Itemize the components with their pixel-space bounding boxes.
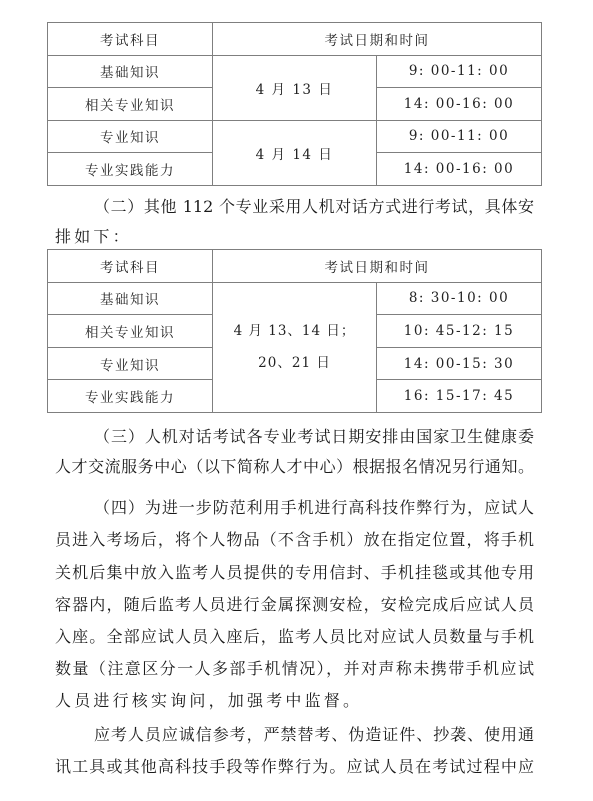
time-cell: 10: 45-12: 15 <box>377 315 542 348</box>
paragraph-line: 员进入考场后，将个人物品（不含手机）放在指定位置，将手机 <box>55 529 534 551</box>
paragraph-line: 入座。全部应试人员入座后，监考人员比对应试人员数量与手机 <box>55 626 534 648</box>
subject-cell: 基础知识 <box>48 55 213 88</box>
subject-cell: 专业实践能力 <box>48 153 213 186</box>
paragraph-line: （四）为进一步防范利用手机进行高科技作弊行为，应试人 <box>94 497 534 519</box>
exam-schedule-table-computer: 考试科目 考试日期和时间 基础知识 4 月 13、14 日； 20、21 日 8… <box>47 249 542 413</box>
time-cell: 9: 00-11: 00 <box>377 55 542 88</box>
time-cell: 14: 00-16: 00 <box>377 153 542 186</box>
subject-cell: 相关专业知识 <box>48 315 213 348</box>
header-date-time: 考试日期和时间 <box>213 250 542 283</box>
subject-cell: 专业知识 <box>48 347 213 380</box>
paragraph-line: 人才交流服务中心（以下简称人才中心）根据报名情况另行通知。 <box>55 456 534 478</box>
paragraph-line: 数量（注意区分一人多部手机情况），并对声称未携带手机应试 <box>55 658 534 680</box>
date-cell: 4 月 13 日 <box>213 55 377 120</box>
time-cell: 14: 00-15: 30 <box>377 347 542 380</box>
date-line: 4 月 13、14 日； <box>213 315 376 347</box>
date-cell: 4 月 13、14 日； 20、21 日 <box>213 282 377 412</box>
time-cell: 9: 00-11: 00 <box>377 120 542 153</box>
header-subject: 考试科目 <box>48 23 213 56</box>
exam-schedule-table-paper: 考试科目 考试日期和时间 基础知识 4 月 13 日 9: 00-11: 00 … <box>47 22 542 186</box>
time-cell: 14: 00-16: 00 <box>377 88 542 121</box>
header-subject: 考试科目 <box>48 250 213 283</box>
header-date-time: 考试日期和时间 <box>213 23 542 56</box>
table-row: 专业知识 4 月 14 日 9: 00-11: 00 <box>48 120 542 153</box>
table-header-row: 考试科目 考试日期和时间 <box>48 250 542 283</box>
paragraph-line: 人员进行核实询问，加强考中监督。 <box>55 690 534 712</box>
time-cell: 8: 30-10: 00 <box>377 282 542 315</box>
subject-cell: 相关专业知识 <box>48 88 213 121</box>
table-row: 基础知识 4 月 13、14 日； 20、21 日 8: 30-10: 00 <box>48 282 542 315</box>
paragraph-line: 讯工具或其他高科技手段等作弊行为。应试人员在考试过程中应 <box>55 756 534 778</box>
subject-cell: 专业实践能力 <box>48 380 213 413</box>
paragraph-line: （二）其他 112 个专业采用人机对话方式进行考试，具体安 <box>94 196 534 218</box>
time-cell: 16: 15-17: 45 <box>377 380 542 413</box>
subject-cell: 专业知识 <box>48 120 213 153</box>
document-page: 考试科目 考试日期和时间 基础知识 4 月 13 日 9: 00-11: 00 … <box>0 0 593 801</box>
table-header-row: 考试科目 考试日期和时间 <box>48 23 542 56</box>
date-cell: 4 月 14 日 <box>213 120 377 185</box>
paragraph-line: 应考人员应诚信参考，严禁替考、伪造证件、抄袭、使用通 <box>94 724 534 746</box>
paragraph-line: 容器内，随后监考人员进行金属探测安检，安检完成后应试人员 <box>55 594 534 616</box>
subject-cell: 基础知识 <box>48 282 213 315</box>
paragraph-line: 关机后集中放入监考人员提供的专用信封、手机挂毯或其他专用 <box>55 562 534 584</box>
paragraph-line: （三）人机对话考试各专业考试日期安排由国家卫生健康委 <box>94 426 534 448</box>
date-line: 20、21 日 <box>213 347 376 379</box>
paragraph-line: 排如下： <box>55 226 534 248</box>
table-row: 基础知识 4 月 13 日 9: 00-11: 00 <box>48 55 542 88</box>
